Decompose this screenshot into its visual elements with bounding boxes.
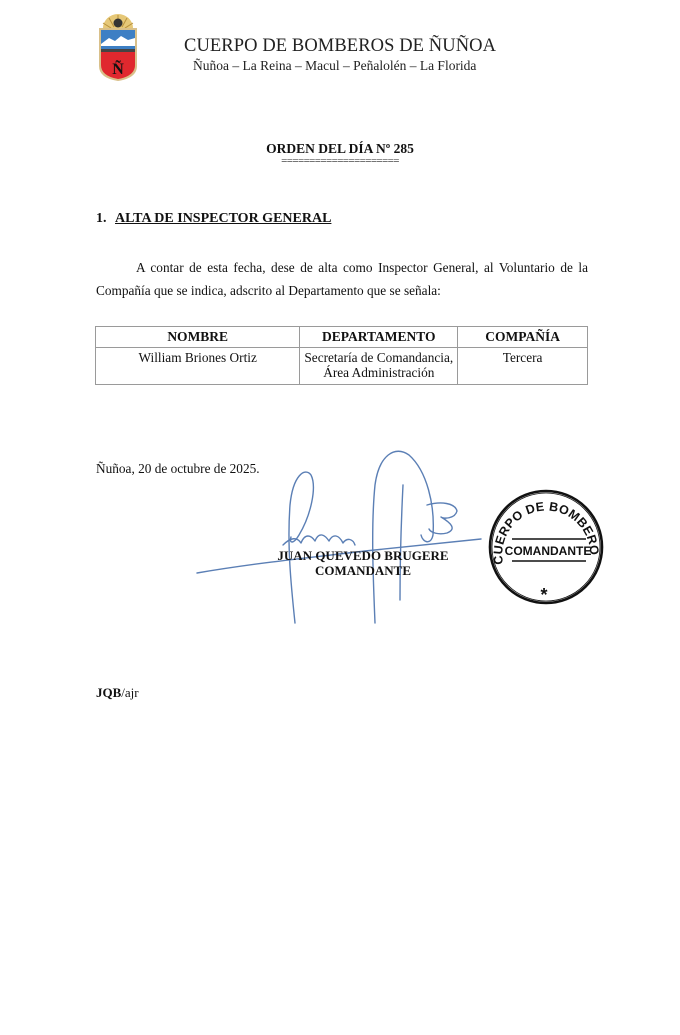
table-row: William Briones Ortiz Secretaría de Coma…: [96, 348, 588, 385]
cell-nombre: William Briones Ortiz: [96, 348, 300, 385]
signer-name: JUAN QUEVEDO BRUGERE: [274, 548, 452, 563]
stamp-center-text: COMANDANTE: [505, 544, 592, 558]
svg-text:Ñ: Ñ: [112, 59, 124, 78]
organization-name: CUERPO DE BOMBEROS DE ÑUÑOA: [184, 36, 496, 57]
table-header-row: NOMBRE DEPARTAMENTO COMPAÑÍA: [96, 327, 588, 348]
title-underline-rule: =====================: [0, 155, 680, 167]
author-initials: JQB: [96, 685, 121, 700]
fire-brigade-crest-icon: Ñ: [97, 14, 139, 82]
column-header-nombre: NOMBRE: [96, 327, 300, 348]
reference-initials: JQB/ajr: [96, 685, 139, 701]
communes-subtitle: Ñuñoa – La Reina – Macul – Peñalolén – L…: [193, 58, 476, 74]
cell-departamento: Secretaría de Comandancia, Área Administ…: [300, 348, 458, 385]
assignment-table: NOMBRE DEPARTAMENTO COMPAÑÍA William Bri…: [95, 326, 588, 385]
column-header-departamento: DEPARTAMENTO: [300, 327, 458, 348]
typist-initials: /ajr: [121, 685, 138, 700]
section-heading: 1.ALTA DE INSPECTOR GENERAL: [96, 211, 331, 227]
stamp-star: *: [540, 585, 547, 605]
cell-compania: Tercera: [458, 348, 588, 385]
column-header-compania: COMPAÑÍA: [458, 327, 588, 348]
departamento-line: Área Administración: [302, 365, 455, 380]
brigade-crest-logo: Ñ: [97, 14, 139, 82]
signer-role: COMANDANTE: [274, 563, 452, 578]
body-paragraph: A contar de esta fecha, dese de alta com…: [96, 256, 588, 302]
section-title: ALTA DE INSPECTOR GENERAL: [115, 211, 331, 226]
official-stamp-icon: CUERPO DE BOMBEROS DE ÑUÑOA COMANDANTE *: [486, 487, 606, 607]
section-number: 1.: [96, 211, 115, 227]
signer-block: JUAN QUEVEDO BRUGERE COMANDANTE: [274, 548, 452, 578]
departamento-line: Secretaría de Comandancia,: [302, 350, 455, 365]
handwritten-signature-icon: [195, 445, 485, 630]
